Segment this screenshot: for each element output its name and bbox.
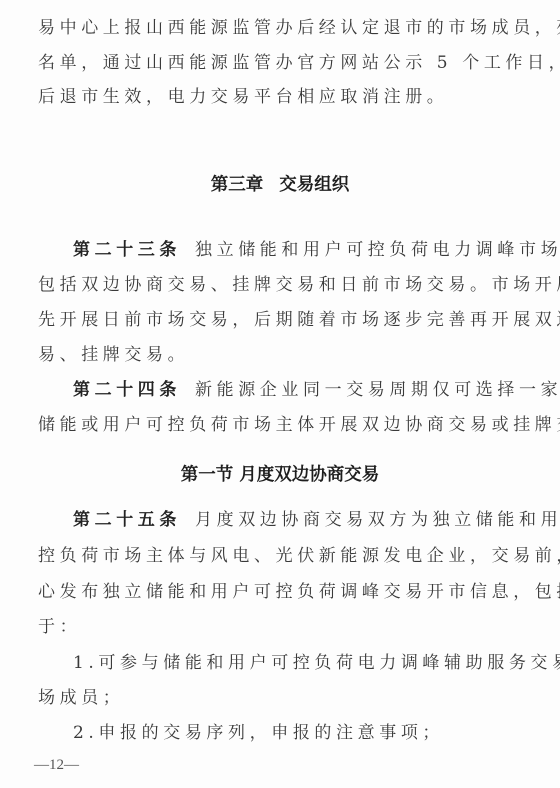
article-label: 第二十四条 bbox=[73, 380, 181, 400]
list-item-1-line: 1.可参与储能和用户可控负荷电力调峰辅助服务交易的市 bbox=[73, 650, 560, 676]
article-24-first-line: 第二十四条新能源企业同一交易周期仅可选择一家独立 bbox=[73, 377, 560, 403]
section-title: 月度双边协商交易 bbox=[239, 465, 379, 485]
page-number: —12— bbox=[34, 755, 79, 775]
paragraph-line: 易、挂牌交易。 bbox=[38, 342, 526, 368]
list-item-2-line: 2.申报的交易序列，申报的注意事项； bbox=[73, 720, 560, 746]
paragraph-line: 储能或用户可控负荷市场主体开展双边协商交易或挂牌交易。 bbox=[38, 412, 526, 438]
paragraph-line: 控负荷市场主体与风电、光伏新能源发电企业，交易前，交易中 bbox=[38, 543, 526, 569]
article-text: 独立储能和用户可控负荷电力调峰市场交易 bbox=[195, 240, 560, 260]
chapter-heading: 第三章交易组织 bbox=[0, 172, 560, 198]
list-item-1-line: 场成员； bbox=[38, 685, 526, 711]
article-label: 第二十五条 bbox=[73, 510, 181, 530]
paragraph-line: 于： bbox=[38, 614, 526, 640]
chapter-title: 交易组织 bbox=[279, 175, 349, 195]
article-label: 第二十三条 bbox=[73, 240, 181, 260]
paragraph-line: 先开展日前市场交易，后期随着市场逐步完善再开展双边协商交 bbox=[38, 307, 526, 333]
article-text: 新能源企业同一交易周期仅可选择一家独立 bbox=[195, 380, 560, 400]
section-heading: 第一节月度双边协商交易 bbox=[0, 462, 560, 488]
chapter-number: 第三章 bbox=[211, 175, 264, 195]
article-25-first-line: 第二十五条月度双边协商交易双方为独立储能和用户可 bbox=[73, 507, 560, 533]
document-page: 易中心上报山西能源监管办后经认定退市的市场成员，列入退市 名单，通过山西能源监管… bbox=[0, 0, 560, 788]
paragraph-line: 包括双边协商交易、挂牌交易和日前市场交易。市场开展初期， bbox=[38, 272, 526, 298]
paragraph-line: 名单，通过山西能源监管办官方网站公示 5 个工作日，公示通过 bbox=[38, 50, 526, 76]
article-23-first-line: 第二十三条独立储能和用户可控负荷电力调峰市场交易 bbox=[73, 237, 560, 263]
paragraph-line: 易中心上报山西能源监管办后经认定退市的市场成员，列入退市 bbox=[38, 15, 526, 41]
paragraph-line: 后退市生效，电力交易平台相应取消注册。 bbox=[38, 84, 526, 110]
section-number: 第一节 bbox=[181, 465, 234, 485]
article-text: 月度双边协商交易双方为独立储能和用户可 bbox=[195, 510, 560, 530]
paragraph-line: 心发布独立储能和用户可控负荷调峰交易开市信息，包括但不限 bbox=[38, 579, 526, 605]
